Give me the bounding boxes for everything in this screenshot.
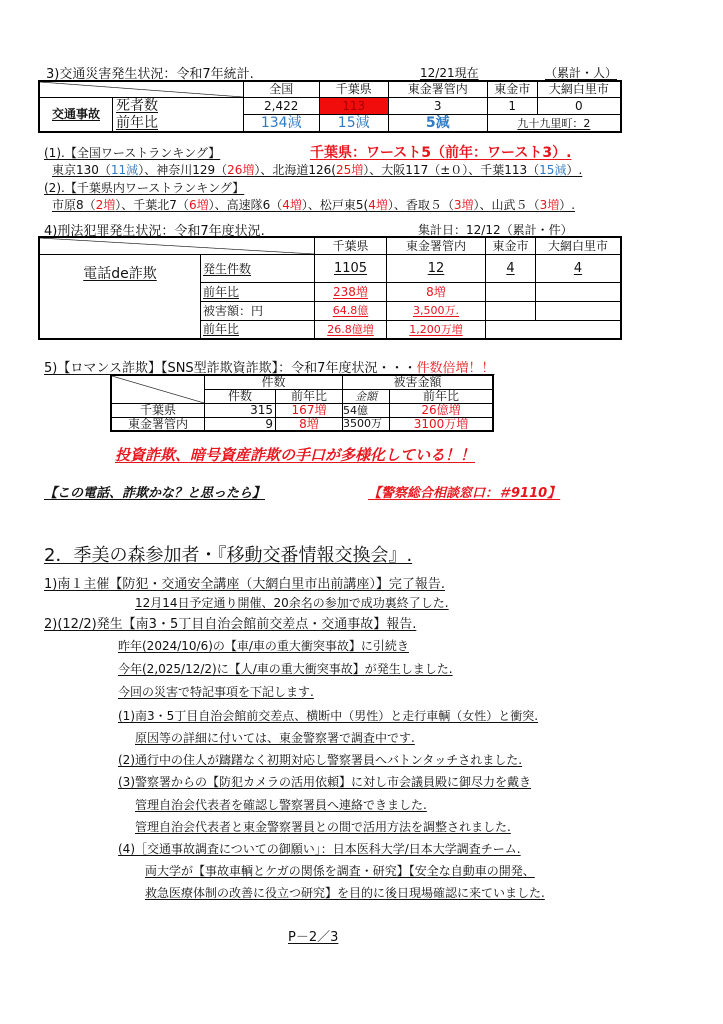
crime-col-oamishirasato: 大網白里市 xyxy=(535,237,621,255)
deaths-chiba: 113 xyxy=(319,97,388,114)
deaths-togane-city: 1 xyxy=(487,97,537,114)
romance-togane-amount: 3500万 xyxy=(343,417,390,431)
crime-col-togane-police: 東金署管内 xyxy=(386,237,485,255)
row-label-deaths: 死者数 xyxy=(113,97,244,114)
col-header-national: 全国 xyxy=(243,81,319,97)
cases-yoy-togane-police: 8増 xyxy=(386,283,485,302)
col-header-oamishirasato: 大網白里市 xyxy=(537,81,621,97)
sub-header-cases: 件数 xyxy=(205,389,276,403)
cases-yoy-oamishirasato xyxy=(535,283,621,302)
point-3: (3)警察署からの【防犯カメラの活用依頼】に対し市会議員殿に御尽力を戴き xyxy=(118,773,531,790)
damage-togane-city xyxy=(485,302,535,321)
point-4-detail-2: 救急医療体制の改善に役立つ研究】を目的に後日現場確認に来ていました. xyxy=(145,884,545,901)
point-2: (2)通行中の住人が躊躇なく初期対応し警察署員へバトンタッチされました. xyxy=(118,751,522,768)
romance-togane-cases-yoy: 8増 xyxy=(276,417,343,431)
part2-item2-title: 2)(12/2)発生【南3・5丁目自治会館前交差点・交通事故】報告. xyxy=(44,613,416,632)
row-group-phone-fraud: 電話de詐欺 xyxy=(39,255,201,339)
point-1-detail: 原因等の詳細に付いては、東金警察署で調査中です. xyxy=(135,729,415,746)
cases-yoy-togane-city xyxy=(485,283,535,302)
national-ranking-list: 東京130（11減）、神奈川129（26増）、北海道126(25増）、大阪117… xyxy=(52,161,582,178)
sub-header-amount-yoy: 前年比 xyxy=(390,389,494,403)
col-header-chiba: 千葉県 xyxy=(319,81,388,97)
item2-line-2: 今年(2,025/12/2)に【人/車の重大衝突事故】が発生しました. xyxy=(118,660,453,677)
point-3-detail-2: 管理自治会代表者と東金警察署員との間で活用方法を調整されました. xyxy=(135,818,511,835)
crime-row-label-cases: 発生件数 xyxy=(201,255,315,283)
point-4-detail-1: 両大学が【事故車輌とケガの関係を調査・研究】【安全な自動車の開発、 xyxy=(145,862,535,879)
crime-col-chiba: 千葉県 xyxy=(314,237,386,255)
crime-table-corner xyxy=(39,237,314,255)
romance-row-chiba: 千葉県 xyxy=(111,403,205,417)
romance-chiba-amount: 54億 xyxy=(343,403,390,417)
callout-scam-check: 【この電話、詐欺かな？と思ったら】 xyxy=(44,482,265,501)
crime-table: 千葉県 東金署管内 東金市 大網白里市 電話de詐欺 発生件数 1105 12 … xyxy=(38,236,622,340)
part2-item1-title: 1)南１主催【防犯・交通安全講座（大網白里市出前講座）】完了報告. xyxy=(44,573,445,592)
callout-police-hotline: 【警察総合相談窓口：＃9110】 xyxy=(368,482,560,501)
romance-chiba-cases: 315 xyxy=(205,403,276,417)
damage-chiba: 64.8億 xyxy=(314,302,386,321)
romance-togane-cases: 9 xyxy=(205,417,276,431)
crime-row-label-damage: 被害額：円 xyxy=(201,302,315,321)
fraud-warning: 投資詐欺、暗号資産詐欺の手口が多様化している！！ xyxy=(115,444,475,465)
section3-unit: （累計・人） xyxy=(545,64,617,81)
point-4: (4)［交通事故調査についての御願い」：日本医科大学/日本大学調査チーム. xyxy=(118,840,521,857)
col-header-togane-city: 東金市 xyxy=(487,81,537,97)
group-header-cases: 件数 xyxy=(205,375,343,389)
national-ranking-title: (1).【全国ワーストランキング】 xyxy=(44,144,220,161)
point-3-detail-1: 管理自治会代表者を確認し警察署員へ連絡できました. xyxy=(135,796,427,813)
damage-oamishirasato xyxy=(535,302,621,321)
table-corner xyxy=(39,81,243,97)
sub-header-cases-yoy: 前年比 xyxy=(276,389,343,403)
section3-as-of: 12/21現在 xyxy=(420,64,479,81)
damage-yoy-empty xyxy=(485,320,621,339)
cases-togane-city: 4 xyxy=(485,255,535,283)
romance-row-togane-police: 東金署管内 xyxy=(111,417,205,431)
damage-yoy-chiba: 26.8億増 xyxy=(314,320,386,339)
cases-oamishirasato: 4 xyxy=(535,255,621,283)
romance-togane-amount-yoy: 3100万増 xyxy=(390,417,494,431)
col-header-togane-police: 東金署管内 xyxy=(388,81,487,97)
chiba-rank-headline: 千葉県：ワースト5（前年：ワースト3）. xyxy=(310,142,571,162)
crime-row-label-yoy: 前年比 xyxy=(201,283,315,302)
romance-chiba-amount-yoy: 26億増 xyxy=(390,403,494,417)
page-number: P－2／3 xyxy=(288,926,338,945)
point-1: (1)南3・5丁目自治会館前交差点、横断中（男性）と走行車輌（女性）と衝突. xyxy=(118,707,538,724)
romance-chiba-cases-yoy: 167増 xyxy=(276,403,343,417)
deaths-oamishirasato: 0 xyxy=(537,97,621,114)
part2-item1-body: 12月14日予定通り開催、20余名の参加で成功裏終了した. xyxy=(135,594,449,611)
deaths-togane-police: 3 xyxy=(388,97,487,114)
romance-table-corner xyxy=(111,375,205,403)
cases-chiba: 1105 xyxy=(314,255,386,283)
part2-title: 2．季美の森参加者・『移動交番情報交換会』. xyxy=(44,541,412,567)
row-group-traffic-accident: 交通事故 xyxy=(39,97,113,132)
deaths-national: 2,422 xyxy=(243,97,319,114)
row-label-yoy: 前年比 xyxy=(113,115,244,132)
sub-header-amount: 金額 xyxy=(343,389,390,403)
item2-line-3: 今回の災害で特記事項を下記します. xyxy=(118,683,314,700)
crime-row-label-damage-yoy: 前年比 xyxy=(201,320,315,339)
damage-togane-police: 3,500万. xyxy=(386,302,485,321)
yoy-togane-police: 5減 xyxy=(388,115,487,132)
chiba-ranking-title: (2).【千葉県内ワーストランキング】 xyxy=(44,179,244,196)
crime-col-togane-city: 東金市 xyxy=(485,237,535,255)
item2-line-1: 昨年(2024/10/6)の【車/車の重大衝突事故】に引続き xyxy=(118,637,409,654)
chiba-ranking-list: 市原8（2増）、千葉北7（6増）、高速隊6（4増）、松戸東5(4増）、香取５（3… xyxy=(52,196,575,213)
yoy-chiba: 15減 xyxy=(319,115,388,132)
kujukuri-note: 九十九里町：2 xyxy=(487,115,621,132)
romance-fraud-table: 件数 被害金額 件数 前年比 金額 前年比 千葉県 315 167増 54億 2… xyxy=(110,374,494,432)
yoy-national: 134減 xyxy=(243,115,319,132)
damage-yoy-togane-police: 1,200万増 xyxy=(386,320,485,339)
cases-yoy-chiba: 238増 xyxy=(314,283,386,302)
traffic-accident-table: 全国 千葉県 東金署管内 東金市 大網白里市 交通事故 死者数 2,422 11… xyxy=(38,80,622,133)
group-header-damage: 被害金額 xyxy=(343,375,494,389)
cases-togane-police: 12 xyxy=(386,255,485,283)
